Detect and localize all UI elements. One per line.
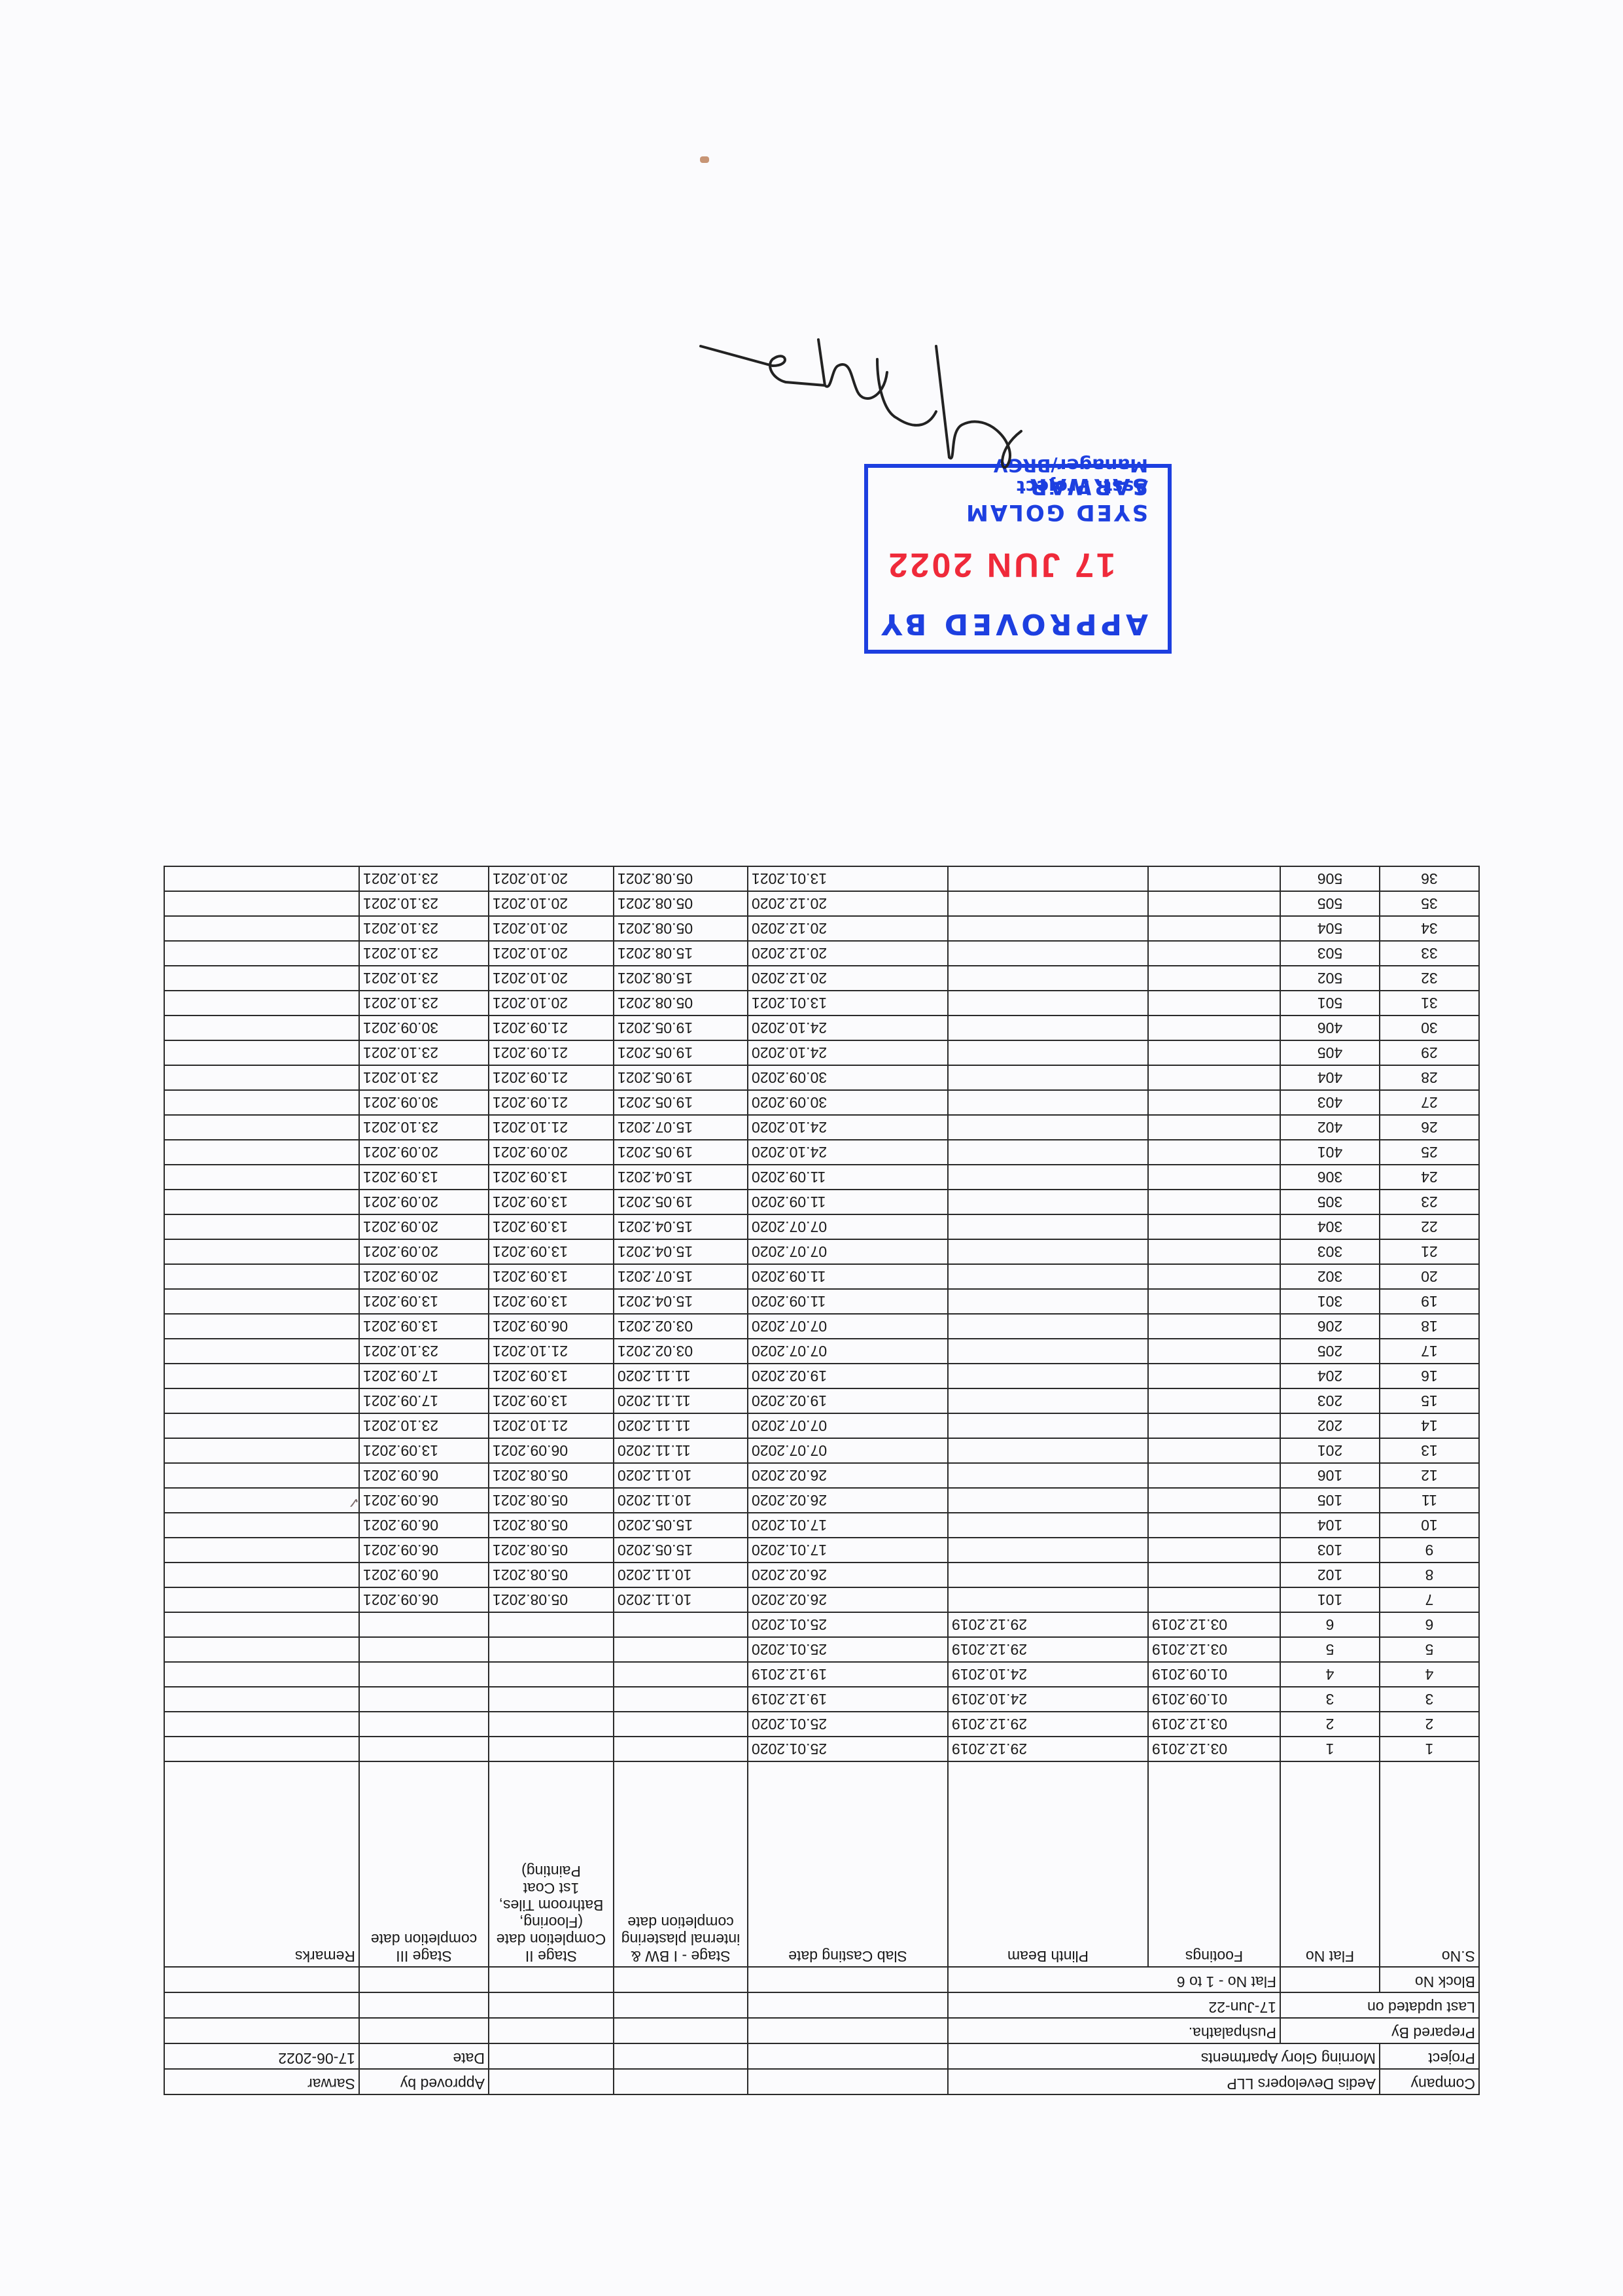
cell-stage3: 06.09.2021 [359,1587,489,1612]
cell-footings [1148,1463,1280,1488]
table-row: 2230407.07.202015.04.202113.09.202120.09… [164,1214,1479,1239]
cell-slab: 24.10.2020 [748,1115,948,1140]
table-row: 2430611.09.202015.04.202113.09.202113.09… [164,1165,1479,1190]
cell-stage2: 13.09.2021 [489,1239,614,1264]
cell-plinth [948,1364,1148,1388]
last-updated-label: Last updated on [1280,1992,1479,2018]
cell-stage3: 23.10.2021 [359,916,489,941]
cell-flat: 4 [1280,1662,1380,1687]
cell-flat: 2 [1280,1712,1380,1737]
cell-remarks [164,1413,359,1438]
cell-slab: 26.02.2020 [748,1587,948,1612]
cell-flat: 404 [1280,1065,1380,1090]
cell-remarks [164,1190,359,1214]
cell-remarks [164,1165,359,1190]
cell-slab: 24.10.2020 [748,1040,948,1065]
project-label: Project [1380,2043,1479,2069]
cell-stage1: 19.05.2021 [614,1016,748,1040]
cell-remarks [164,1712,359,1737]
cell-footings [1148,1065,1280,1090]
cell-remarks [164,966,359,991]
cell-stage2: 20.10.2021 [489,891,614,916]
cell-sno: 4 [1380,1662,1479,1687]
cell-slab: 19.02.2020 [748,1388,948,1413]
meta-row-block: Block No Flat No - 1 to 6 [164,1967,1479,1992]
table-row: 1103.12.201929.12.201925.01.2020 [164,1737,1479,1761]
approval-stamp: APPROVED BY 17 JUN 2022 SYED GOLAM SARWA… [864,464,1172,654]
cell-remarks [164,866,359,891]
cell-stage3: 23.10.2021 [359,891,489,916]
cell-stage3: 20.09.2021 [359,1214,489,1239]
cell-sno: 27 [1380,1090,1479,1115]
cell-sno: 18 [1380,1314,1479,1339]
cell-stage1: 11.11.2020 [614,1413,748,1438]
cell-remarks [164,1438,359,1463]
cell-plinth [948,1239,1148,1264]
table-row: 3150113.01.202105.08.202120.10.202123.10… [164,991,1479,1016]
tick-mark-icon: ✓ [348,1494,360,1511]
cell-plinth [948,966,1148,991]
cell-plinth [948,1040,1148,1065]
cell-stage2: 13.09.2021 [489,1364,614,1388]
cell-stage1: 15.04.2021 [614,1165,748,1190]
date-label: Date [359,2043,489,2069]
cell-stage1: 11.11.2020 [614,1388,748,1413]
cell-sno: 19 [1380,1289,1479,1314]
cell-sno: 28 [1380,1065,1479,1090]
cell-stage3 [359,1662,489,1687]
cell-stage1: 10.11.2020 [614,1587,748,1612]
cell-stage2 [489,1662,614,1687]
cell-stage1 [614,1737,748,1761]
cell-sno: 30 [1380,1016,1479,1040]
cell-footings [1148,1314,1280,1339]
cell-stage3 [359,1637,489,1662]
cell-stage2 [489,1712,614,1737]
col-plinth: Plinth Beam [948,1761,1148,1967]
cell-footings [1148,1563,1280,1587]
cell-sno: 9 [1380,1538,1479,1563]
cell-flat: 301 [1280,1289,1380,1314]
cell-plinth: 24.10.2019 [948,1662,1148,1687]
cell-footings [1148,1090,1280,1115]
cell-slab: 11.09.2020 [748,1165,948,1190]
cell-remarks [164,1587,359,1612]
stamp-date: 17 JUN 2022 [886,545,1115,584]
cell-footings: 03.12.2019 [1148,1637,1280,1662]
cell-slab: 17.01.2020 [748,1538,948,1563]
cell-remarks [164,1538,359,1563]
cell-remarks [164,1065,359,1090]
cell-sno: 7 [1380,1587,1479,1612]
cell-footings: 03.12.2019 [1148,1712,1280,1737]
cell-sno: 32 [1380,966,1479,991]
cell-footings [1148,1513,1280,1538]
col-stage3: Stage III completion date [359,1761,489,1967]
cell-slab: 26.02.2020 [748,1563,948,1587]
cell-flat: 206 [1280,1314,1380,1339]
cell-remarks [164,1264,359,1289]
cell-flat: 6 [1280,1612,1380,1637]
cell-flat: 303 [1280,1239,1380,1264]
cell-stage2: 20.10.2021 [489,966,614,991]
cell-plinth [948,991,1148,1016]
scan-mark [700,156,709,163]
col-stage1: Stage - I BW & internal plastering compl… [614,1761,748,1967]
cell-stage1: 10.11.2020 [614,1488,748,1513]
cell-stage1: 19.05.2021 [614,1140,748,1165]
cell-footings [1148,1587,1280,1612]
cell-slab: 07.07.2020 [748,1413,948,1438]
cell-stage1: 05.08.2021 [614,991,748,1016]
cell-stage1: 03.02.2021 [614,1314,748,1339]
cell-stage3: 23.10.2021 [359,1115,489,1140]
col-flat: Flat No [1280,1761,1380,1967]
cell-sno: 10 [1380,1513,1479,1538]
cell-stage1: 10.11.2020 [614,1563,748,1587]
cell-stage3: 13.09.2021 [359,1165,489,1190]
cell-flat: 102 [1280,1563,1380,1587]
cell-slab: 19.02.2020 [748,1364,948,1388]
cell-remarks [164,1687,359,1712]
cell-flat: 1 [1280,1737,1380,1761]
cell-stage2 [489,1612,614,1637]
col-remarks: Remarks [164,1761,359,1967]
cell-slab: 13.01.2021 [748,866,948,891]
cell-sno: 5 [1380,1637,1479,1662]
column-header-row: S.No Flat No Footings Plinth Beam Slab C… [164,1761,1479,1967]
cell-stage3: 23.10.2021 [359,1040,489,1065]
cell-flat: 405 [1280,1040,1380,1065]
cell-flat: 101 [1280,1587,1380,1612]
cell-stage3: 13.09.2021 [359,1438,489,1463]
cell-stage1: 05.08.2021 [614,916,748,941]
cell-flat: 505 [1280,891,1380,916]
cell-stage3: 06.09.2021 [359,1513,489,1538]
cell-slab: 20.12.2020 [748,916,948,941]
cell-footings [1148,1388,1280,1413]
cell-stage2: 05.08.2021 [489,1513,614,1538]
cell-slab: 11.09.2020 [748,1264,948,1289]
cell-footings [1148,1115,1280,1140]
cell-stage3: 23.10.2021 [359,941,489,966]
last-updated-value: 17-Jun-22 [948,1992,1280,2018]
cell-stage1: 10.11.2020 [614,1463,748,1488]
table-row: 1930111.09.202015.04.202113.09.202113.09… [164,1289,1479,1314]
table-row: 1110526.02.202010.11.202005.08.202106.09… [164,1488,1479,1513]
cell-flat: 105 [1280,1488,1380,1513]
cell-stage3: 23.10.2021 [359,991,489,1016]
meta-row-prepared: Prepared By Pushpalatha. [164,2018,1479,2043]
table-row: 710126.02.202010.11.202005.08.202106.09.… [164,1587,1479,1612]
cell-slab: 20.12.2020 [748,891,948,916]
cell-plinth: 29.12.2019 [948,1737,1148,1761]
cell-slab: 07.07.2020 [748,1239,948,1264]
cell-flat: 5 [1280,1637,1380,1662]
cell-sno: 16 [1380,1364,1479,1388]
cell-plinth [948,1214,1148,1239]
cell-plinth [948,1438,1148,1463]
cell-flat: 302 [1280,1264,1380,1289]
cell-sno: 13 [1380,1438,1479,1463]
cell-flat: 504 [1280,916,1380,941]
table-row: 3550520.12.202005.08.202120.10.202123.10… [164,891,1479,916]
cell-sno: 8 [1380,1563,1479,1587]
col-sno: S.No [1380,1761,1479,1967]
cell-remarks [164,991,359,1016]
cell-flat: 103 [1280,1538,1380,1563]
cell-remarks [164,1289,359,1314]
cell-stage3: 20.09.2021 [359,1239,489,1264]
col-footings: Footings [1148,1761,1280,1967]
cell-stage2: 06.09.2021 [489,1438,614,1463]
cell-remarks [164,1140,359,1165]
cell-plinth: 29.12.2019 [948,1712,1148,1737]
cell-stage1: 03.02.2021 [614,1339,748,1364]
cell-stage2: 20.10.2021 [489,916,614,941]
cell-stage1: 05.08.2021 [614,866,748,891]
cell-stage2: 13.09.2021 [489,1214,614,1239]
cell-flat: 305 [1280,1190,1380,1214]
cell-sno: 1 [1380,1737,1479,1761]
cell-stage3: 06.09.2021 [359,1463,489,1488]
cell-stage2: 20.10.2021 [489,866,614,891]
cell-stage2: 20.10.2021 [489,991,614,1016]
cell-slab: 25.01.2020 [748,1712,948,1737]
cell-remarks [164,1364,359,1388]
cell-footings [1148,1016,1280,1040]
cell-stage2: 13.09.2021 [489,1289,614,1314]
cell-stage2: 21.09.2021 [489,1040,614,1065]
stamp-title: APPROVED BY [877,607,1148,641]
table-row: 6603.12.201929.12.201925.01.2020 [164,1612,1479,1637]
cell-flat: 201 [1280,1438,1380,1463]
cell-stage2: 05.08.2021 [489,1538,614,1563]
cell-remarks [164,891,359,916]
cell-stage1: 11.11.2020 [614,1438,748,1463]
cell-slab: 11.09.2020 [748,1190,948,1214]
cell-footings: 03.12.2019 [1148,1612,1280,1637]
table-row: 3301.09.201924.10.201919.12.2019 [164,1687,1479,1712]
cell-remarks [164,1737,359,1761]
cell-plinth [948,1587,1148,1612]
table-row: 3040624.10.202019.05.202121.09.202130.09… [164,1016,1479,1040]
cell-stage2: 20.09.2021 [489,1140,614,1165]
cell-slab: 20.12.2020 [748,966,948,991]
cell-stage3: 30.09.2021 [359,1016,489,1040]
cell-footings [1148,966,1280,991]
cell-flat: 401 [1280,1140,1380,1165]
cell-remarks [164,1637,359,1662]
cell-plinth [948,1264,1148,1289]
cell-footings [1148,1339,1280,1364]
cell-plinth [948,1463,1148,1488]
cell-stage1: 19.05.2021 [614,1065,748,1090]
company-label: Company [1380,2069,1479,2094]
cell-flat: 106 [1280,1463,1380,1488]
col-slab: Slab Casting date [748,1761,948,1967]
cell-stage3: 23.10.2021 [359,966,489,991]
cell-sno: 34 [1380,916,1479,941]
cell-stage2: 13.09.2021 [489,1165,614,1190]
col-stage2: Stage II Completion date (Flooring, Bath… [489,1761,614,1967]
table-row: 2940524.10.202019.05.202121.09.202123.10… [164,1040,1479,1065]
cell-stage2: 21.09.2021 [489,1090,614,1115]
cell-stage1: 11.11.2020 [614,1364,748,1388]
prepared-by-value: Pushpalatha. [948,2018,1280,2043]
cell-plinth [948,1090,1148,1115]
cell-plinth [948,1314,1148,1339]
table-row: 1620419.02.202011.11.202013.09.202117.09… [164,1364,1479,1388]
cell-sno: 25 [1380,1140,1479,1165]
table-row: 1520319.02.202011.11.202013.09.202117.09… [164,1388,1479,1413]
cell-stage2: 05.08.2021 [489,1463,614,1488]
cell-stage3: 30.09.2021 [359,1090,489,1115]
cell-stage1: 19.05.2021 [614,1040,748,1065]
cell-slab: 19.12.2019 [748,1687,948,1712]
cell-stage2: 21.09.2021 [489,1065,614,1090]
cell-plinth [948,916,1148,941]
data-rows: 1103.12.201929.12.201925.01.20202203.12.… [164,866,1479,1761]
cell-stage1: 15.04.2021 [614,1214,748,1239]
approved-by-value: Sarwar [164,2069,359,2094]
cell-stage1: 15.08.2021 [614,941,748,966]
cell-plinth [948,941,1148,966]
cell-stage3: 17.09.2021 [359,1364,489,1388]
cell-stage2 [489,1637,614,1662]
cell-slab: 25.01.2020 [748,1612,948,1637]
cell-stage3: 23.10.2021 [359,866,489,891]
cell-remarks [164,941,359,966]
table-row: 2203.12.201929.12.201925.01.2020 [164,1712,1479,1737]
cell-sno: 23 [1380,1190,1479,1214]
table-row: 5503.12.201929.12.201925.01.2020 [164,1637,1479,1662]
cell-footings [1148,1438,1280,1463]
cell-flat: 306 [1280,1165,1380,1190]
cell-plinth [948,1165,1148,1190]
cell-plinth [948,1488,1148,1513]
cell-remarks [164,1016,359,1040]
cell-stage2: 20.10.2021 [489,941,614,966]
cell-sno: 17 [1380,1339,1479,1364]
cell-slab: 07.07.2020 [748,1214,948,1239]
cell-stage3 [359,1612,489,1637]
cell-flat: 304 [1280,1214,1380,1239]
cell-sno: 24 [1380,1165,1479,1190]
cell-slab: 17.01.2020 [748,1513,948,1538]
cell-footings: 03.12.2019 [1148,1737,1280,1761]
cell-remarks [164,1662,359,1687]
cell-footings: 01.09.2019 [1148,1662,1280,1687]
cell-flat: 3 [1280,1687,1380,1712]
table-row: 2840430.09.202019.05.202121.09.202123.10… [164,1065,1479,1090]
cell-footings [1148,991,1280,1016]
company-value: Aedis Developers LLP [948,2069,1380,2094]
cell-remarks [164,916,359,941]
table-row: 3250220.12.202015.08.202120.10.202123.10… [164,966,1479,991]
cell-flat: 205 [1280,1339,1380,1364]
table-row: 3350320.12.202015.08.202120.10.202123.10… [164,941,1479,966]
cell-stage1: 05.08.2021 [614,891,748,916]
cell-sno: 22 [1380,1214,1479,1239]
cell-stage3 [359,1687,489,1712]
cell-remarks [164,1214,359,1239]
cell-sno: 20 [1380,1264,1479,1289]
project-value: Morning Glory Apartments [948,2043,1380,2069]
cell-stage1 [614,1637,748,1662]
table-row: 2130307.07.202015.04.202113.09.202120.09… [164,1239,1479,1264]
cell-stage2: 13.09.2021 [489,1190,614,1214]
cell-slab: 11.09.2020 [748,1289,948,1314]
cell-remarks [164,1339,359,1364]
cell-remarks [164,1488,359,1513]
cell-footings [1148,1488,1280,1513]
cell-stage3: 13.09.2021 [359,1314,489,1339]
cell-plinth [948,1413,1148,1438]
table-row: 2740330.09.202019.05.202121.09.202130.09… [164,1090,1479,1115]
cell-stage2: 13.09.2021 [489,1264,614,1289]
cell-stage1 [614,1712,748,1737]
cell-remarks [164,1563,359,1587]
cell-remarks [164,1090,359,1115]
cell-slab: 26.02.2020 [748,1463,948,1488]
cell-flat: 202 [1280,1413,1380,1438]
table-row: 1420207.07.202011.11.202021.10.202123.10… [164,1413,1479,1438]
cell-stage3 [359,1737,489,1761]
cell-stage2: 21.10.2021 [489,1115,614,1140]
cell-plinth [948,1016,1148,1040]
cell-slab: 24.10.2020 [748,1016,948,1040]
cell-slab: 30.09.2020 [748,1065,948,1090]
block-value: Flat No - 1 to 6 [948,1967,1280,1992]
table-row: 1720507.07.202003.02.202121.10.202123.10… [164,1339,1479,1364]
cell-plinth [948,1339,1148,1364]
table-row: 3650613.01.202105.08.202120.10.202123.10… [164,866,1479,891]
cell-stage2: 05.08.2021 [489,1488,614,1513]
flat-status-sheet: Company Aedis Developers LLP Approved by… [165,866,1480,2095]
cell-footings [1148,891,1280,916]
cell-flat: 204 [1280,1364,1380,1388]
cell-stage2 [489,1737,614,1761]
cell-stage3: 20.09.2021 [359,1264,489,1289]
cell-sno: 15 [1380,1388,1479,1413]
cell-remarks [164,1239,359,1264]
cell-sno: 11 [1380,1488,1479,1513]
cell-stage1 [614,1662,748,1687]
flat-status-table: Company Aedis Developers LLP Approved by… [164,866,1480,2095]
cell-stage1: 15.05.2020 [614,1538,748,1563]
cell-slab: 19.12.2019 [748,1662,948,1687]
cell-sno: 35 [1380,891,1479,916]
cell-flat: 104 [1280,1513,1380,1538]
cell-footings [1148,941,1280,966]
table-row: 910317.01.202015.05.202005.08.202106.09.… [164,1538,1479,1563]
cell-stage1: 15.04.2021 [614,1289,748,1314]
cell-sno: 2 [1380,1712,1479,1737]
cell-stage3: 20.09.2021 [359,1140,489,1165]
cell-flat: 502 [1280,966,1380,991]
cell-footings [1148,1239,1280,1264]
cell-plinth [948,1065,1148,1090]
cell-footings [1148,1413,1280,1438]
cell-stage3: 20.09.2021 [359,1190,489,1214]
cell-footings [1148,1040,1280,1065]
cell-sno: 29 [1380,1040,1479,1065]
cell-stage2: 13.09.2021 [489,1388,614,1413]
cell-slab: 07.07.2020 [748,1339,948,1364]
cell-remarks [164,1463,359,1488]
cell-slab: 13.01.2021 [748,991,948,1016]
